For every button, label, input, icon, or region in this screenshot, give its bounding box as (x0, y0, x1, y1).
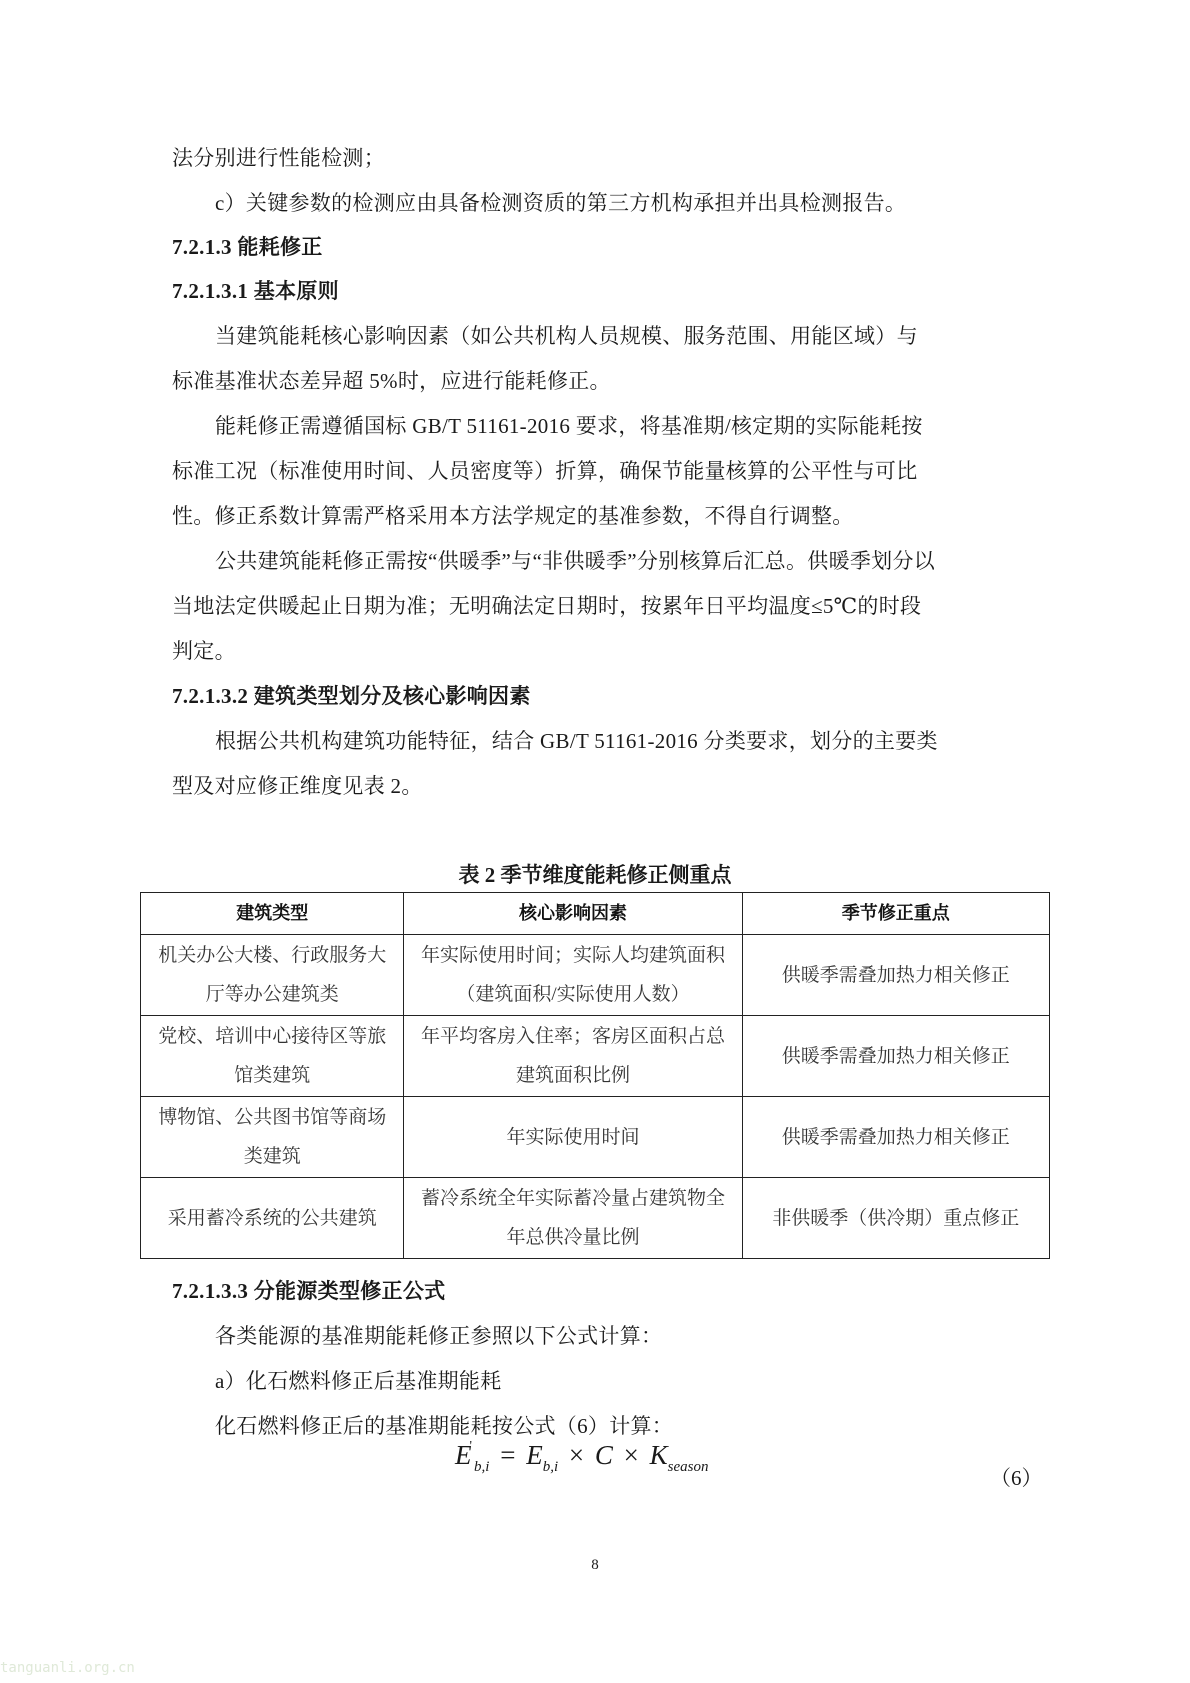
formula-operator: × (569, 1440, 584, 1470)
section-heading-7-2-1-3-3: 7.2.1.3.3 分能源类型修正公式 (172, 1276, 445, 1306)
section-heading-7-2-1-3-1: 7.2.1.3.1 基本原则 (172, 276, 339, 306)
equation-number: （6） (990, 1462, 1043, 1492)
formula-operator: = (500, 1440, 515, 1470)
formula-symbol: C (595, 1440, 613, 1470)
paragraph-line: 标准工况（标准使用时间、人员密度等）折算，确保节能量核算的公平性与可比 (172, 456, 918, 486)
formula-subscript: b,i (474, 1459, 489, 1475)
formula-symbol: E (526, 1440, 543, 1470)
paragraph-line: 能耗修正需遵循国标 GB/T 51161-2016 要求，将基准期/核定期的实际… (215, 411, 923, 441)
cell-seasonal-focus: 供暖季需叠加热力相关修正 (742, 1016, 1049, 1097)
cell-core-factors: 年实际使用时间；实际人均建筑面积（建筑面积/实际使用人数） (404, 935, 742, 1016)
list-item-a: a）化石燃料修正后基准期能耗 (215, 1366, 502, 1396)
formula-subscript: b,i (543, 1459, 558, 1475)
cell-building-type: 博物馆、公共图书馆等商场类建筑 (141, 1097, 404, 1178)
table-caption: 表 2 季节维度能耗修正侧重点 (0, 860, 1190, 890)
cell-building-type: 机关办公大楼、行政服务大厅等办公建筑类 (141, 935, 404, 1016)
formula-subscript: season (668, 1459, 709, 1475)
paragraph-line: 当地法定供暖起止日期为准；无明确法定日期时，按累年日平均温度≤5℃的时段 (172, 591, 921, 621)
list-item-c: c）关键参数的检测应由具备检测资质的第三方机构承担并出具检测报告。 (215, 188, 906, 218)
paragraph-line: 公共建筑能耗修正需按“供暖季”与“非供暖季”分别核算后汇总。供暖季划分以 (215, 546, 935, 576)
paragraph-line: 当建筑能耗核心影响因素（如公共机构人员规模、服务范围、用能区域）与 (215, 321, 918, 351)
cell-seasonal-focus: 供暖季需叠加热力相关修正 (742, 935, 1049, 1016)
formula-6: E'b,i = Eb,i × C × Kseason (455, 1440, 708, 1476)
section-heading-7-2-1-3-2: 7.2.1.3.2 建筑类型划分及核心影响因素 (172, 681, 531, 711)
paragraph-line: 化石燃料修正后的基准期能耗按公式（6）计算： (215, 1411, 673, 1441)
formula-operator: × (624, 1440, 639, 1470)
page-number: 8 (0, 1557, 1190, 1574)
formula-symbol: K (650, 1440, 668, 1470)
formula-prime: ' (470, 1439, 473, 1454)
cell-core-factors: 蓄冷系统全年实际蓄冷量占建筑物全年总供冷量比例 (404, 1178, 742, 1259)
cell-core-factors: 年平均客房入住率；客房区面积占总建筑面积比例 (404, 1016, 742, 1097)
table-row: 博物馆、公共图书馆等商场类建筑 年实际使用时间 供暖季需叠加热力相关修正 (141, 1097, 1050, 1178)
paragraph-line: 性。修正系数计算需严格采用本方法学规定的基准参数，不得自行调整。 (172, 501, 854, 531)
table-row: 采用蓄冷系统的公共建筑 蓄冷系统全年实际蓄冷量占建筑物全年总供冷量比例 非供暖季… (141, 1178, 1050, 1259)
cell-seasonal-focus: 供暖季需叠加热力相关修正 (742, 1097, 1049, 1178)
section-heading-7-2-1-3: 7.2.1.3 能耗修正 (172, 232, 323, 262)
column-header-core-factors: 核心影响因素 (404, 893, 742, 935)
cell-core-factors: 年实际使用时间 (404, 1097, 742, 1178)
paragraph-continuation: 法分别进行性能检测； (172, 143, 385, 173)
column-header-building-type: 建筑类型 (141, 893, 404, 935)
table-row: 党校、培训中心接待区等旅馆类建筑 年平均客房入住率；客房区面积占总建筑面积比例 … (141, 1016, 1050, 1097)
cell-building-type: 采用蓄冷系统的公共建筑 (141, 1178, 404, 1259)
paragraph-line: 型及对应修正维度见表 2。 (172, 771, 423, 801)
paragraph-line: 标准基准状态差异超 5%时，应进行能耗修正。 (172, 366, 611, 396)
cell-seasonal-focus: 非供暖季（供冷期）重点修正 (742, 1178, 1049, 1259)
cell-building-type: 党校、培训中心接待区等旅馆类建筑 (141, 1016, 404, 1097)
watermark: tanguanli.org.cn (0, 1660, 135, 1676)
paragraph-line: 根据公共机构建筑功能特征，结合 GB/T 51161-2016 分类要求，划分的… (215, 726, 938, 756)
table-header-row: 建筑类型 核心影响因素 季节修正重点 (141, 893, 1050, 935)
table-row: 机关办公大楼、行政服务大厅等办公建筑类 年实际使用时间；实际人均建筑面积（建筑面… (141, 935, 1050, 1016)
seasonal-correction-table: 建筑类型 核心影响因素 季节修正重点 机关办公大楼、行政服务大厅等办公建筑类 年… (140, 892, 1050, 1259)
paragraph-line: 各类能源的基准期能耗修正参照以下公式计算： (215, 1321, 662, 1351)
paragraph-line: 判定。 (172, 636, 236, 666)
column-header-seasonal-focus: 季节修正重点 (742, 893, 1049, 935)
